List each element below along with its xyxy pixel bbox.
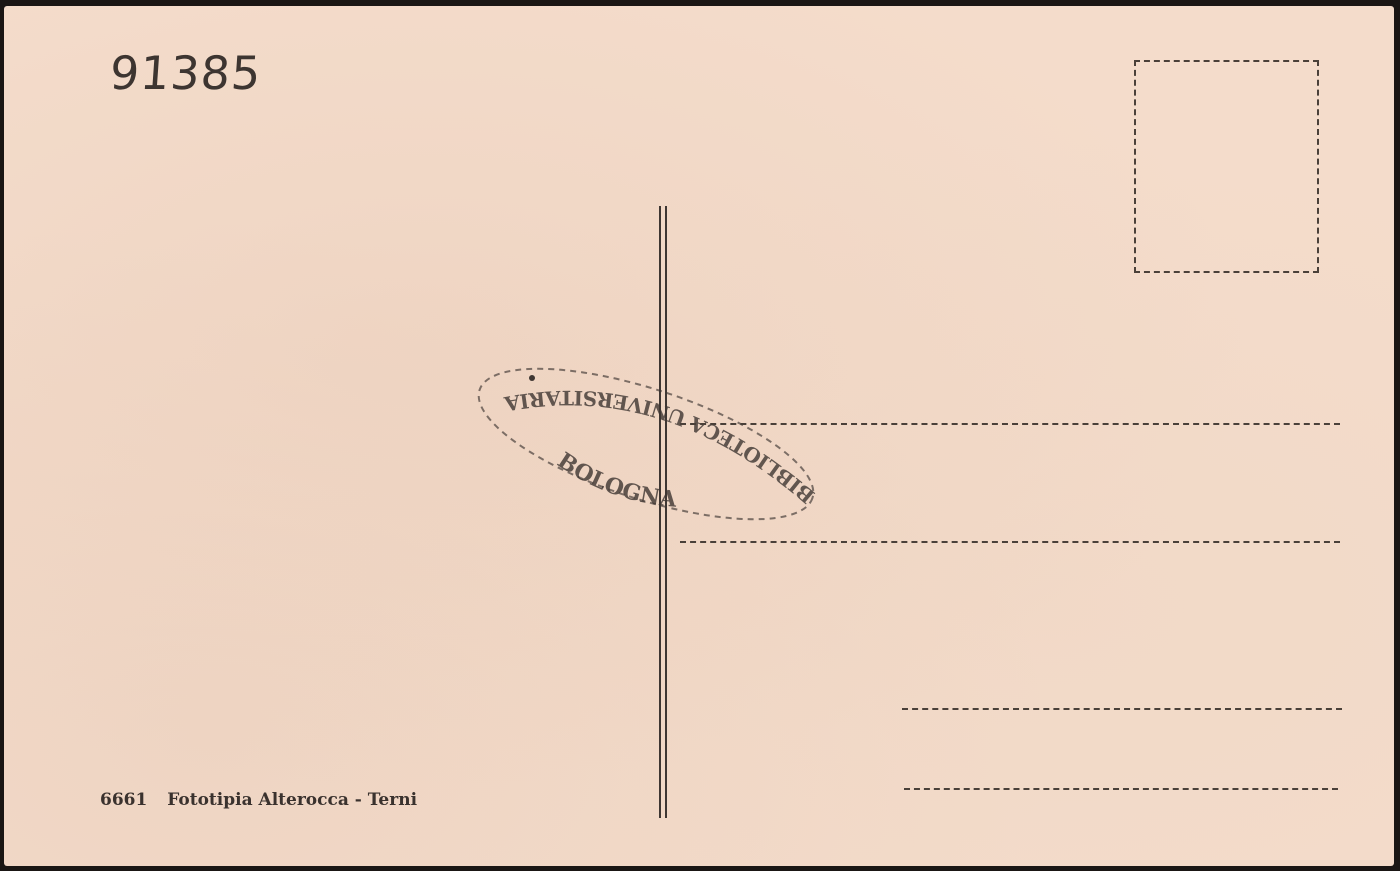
address-line-2 bbox=[680, 541, 1340, 543]
publisher-imprint: 6661 Fototipia Alterocca - Terni bbox=[100, 790, 417, 810]
library-ink-stamp: BIBLIOTECA UNIVERSITARIA BOLOGNA bbox=[466, 364, 826, 524]
handwritten-catalog-number: 91385 bbox=[108, 46, 263, 100]
stamp-placement-box bbox=[1134, 60, 1319, 273]
address-line-3 bbox=[902, 708, 1342, 710]
address-line-4 bbox=[904, 788, 1338, 790]
address-line-1 bbox=[680, 423, 1340, 425]
publisher-number: 6661 bbox=[100, 790, 147, 810]
svg-text:BOLOGNA: BOLOGNA bbox=[553, 447, 679, 512]
library-stamp-icon: BIBLIOTECA UNIVERSITARIA BOLOGNA bbox=[466, 364, 826, 524]
publisher-name: Fototipia Alterocca - Terni bbox=[167, 790, 417, 810]
postcard-back: 91385 BIBLIOTECA UNIVERSITARIA BOLOGNA bbox=[4, 6, 1394, 866]
